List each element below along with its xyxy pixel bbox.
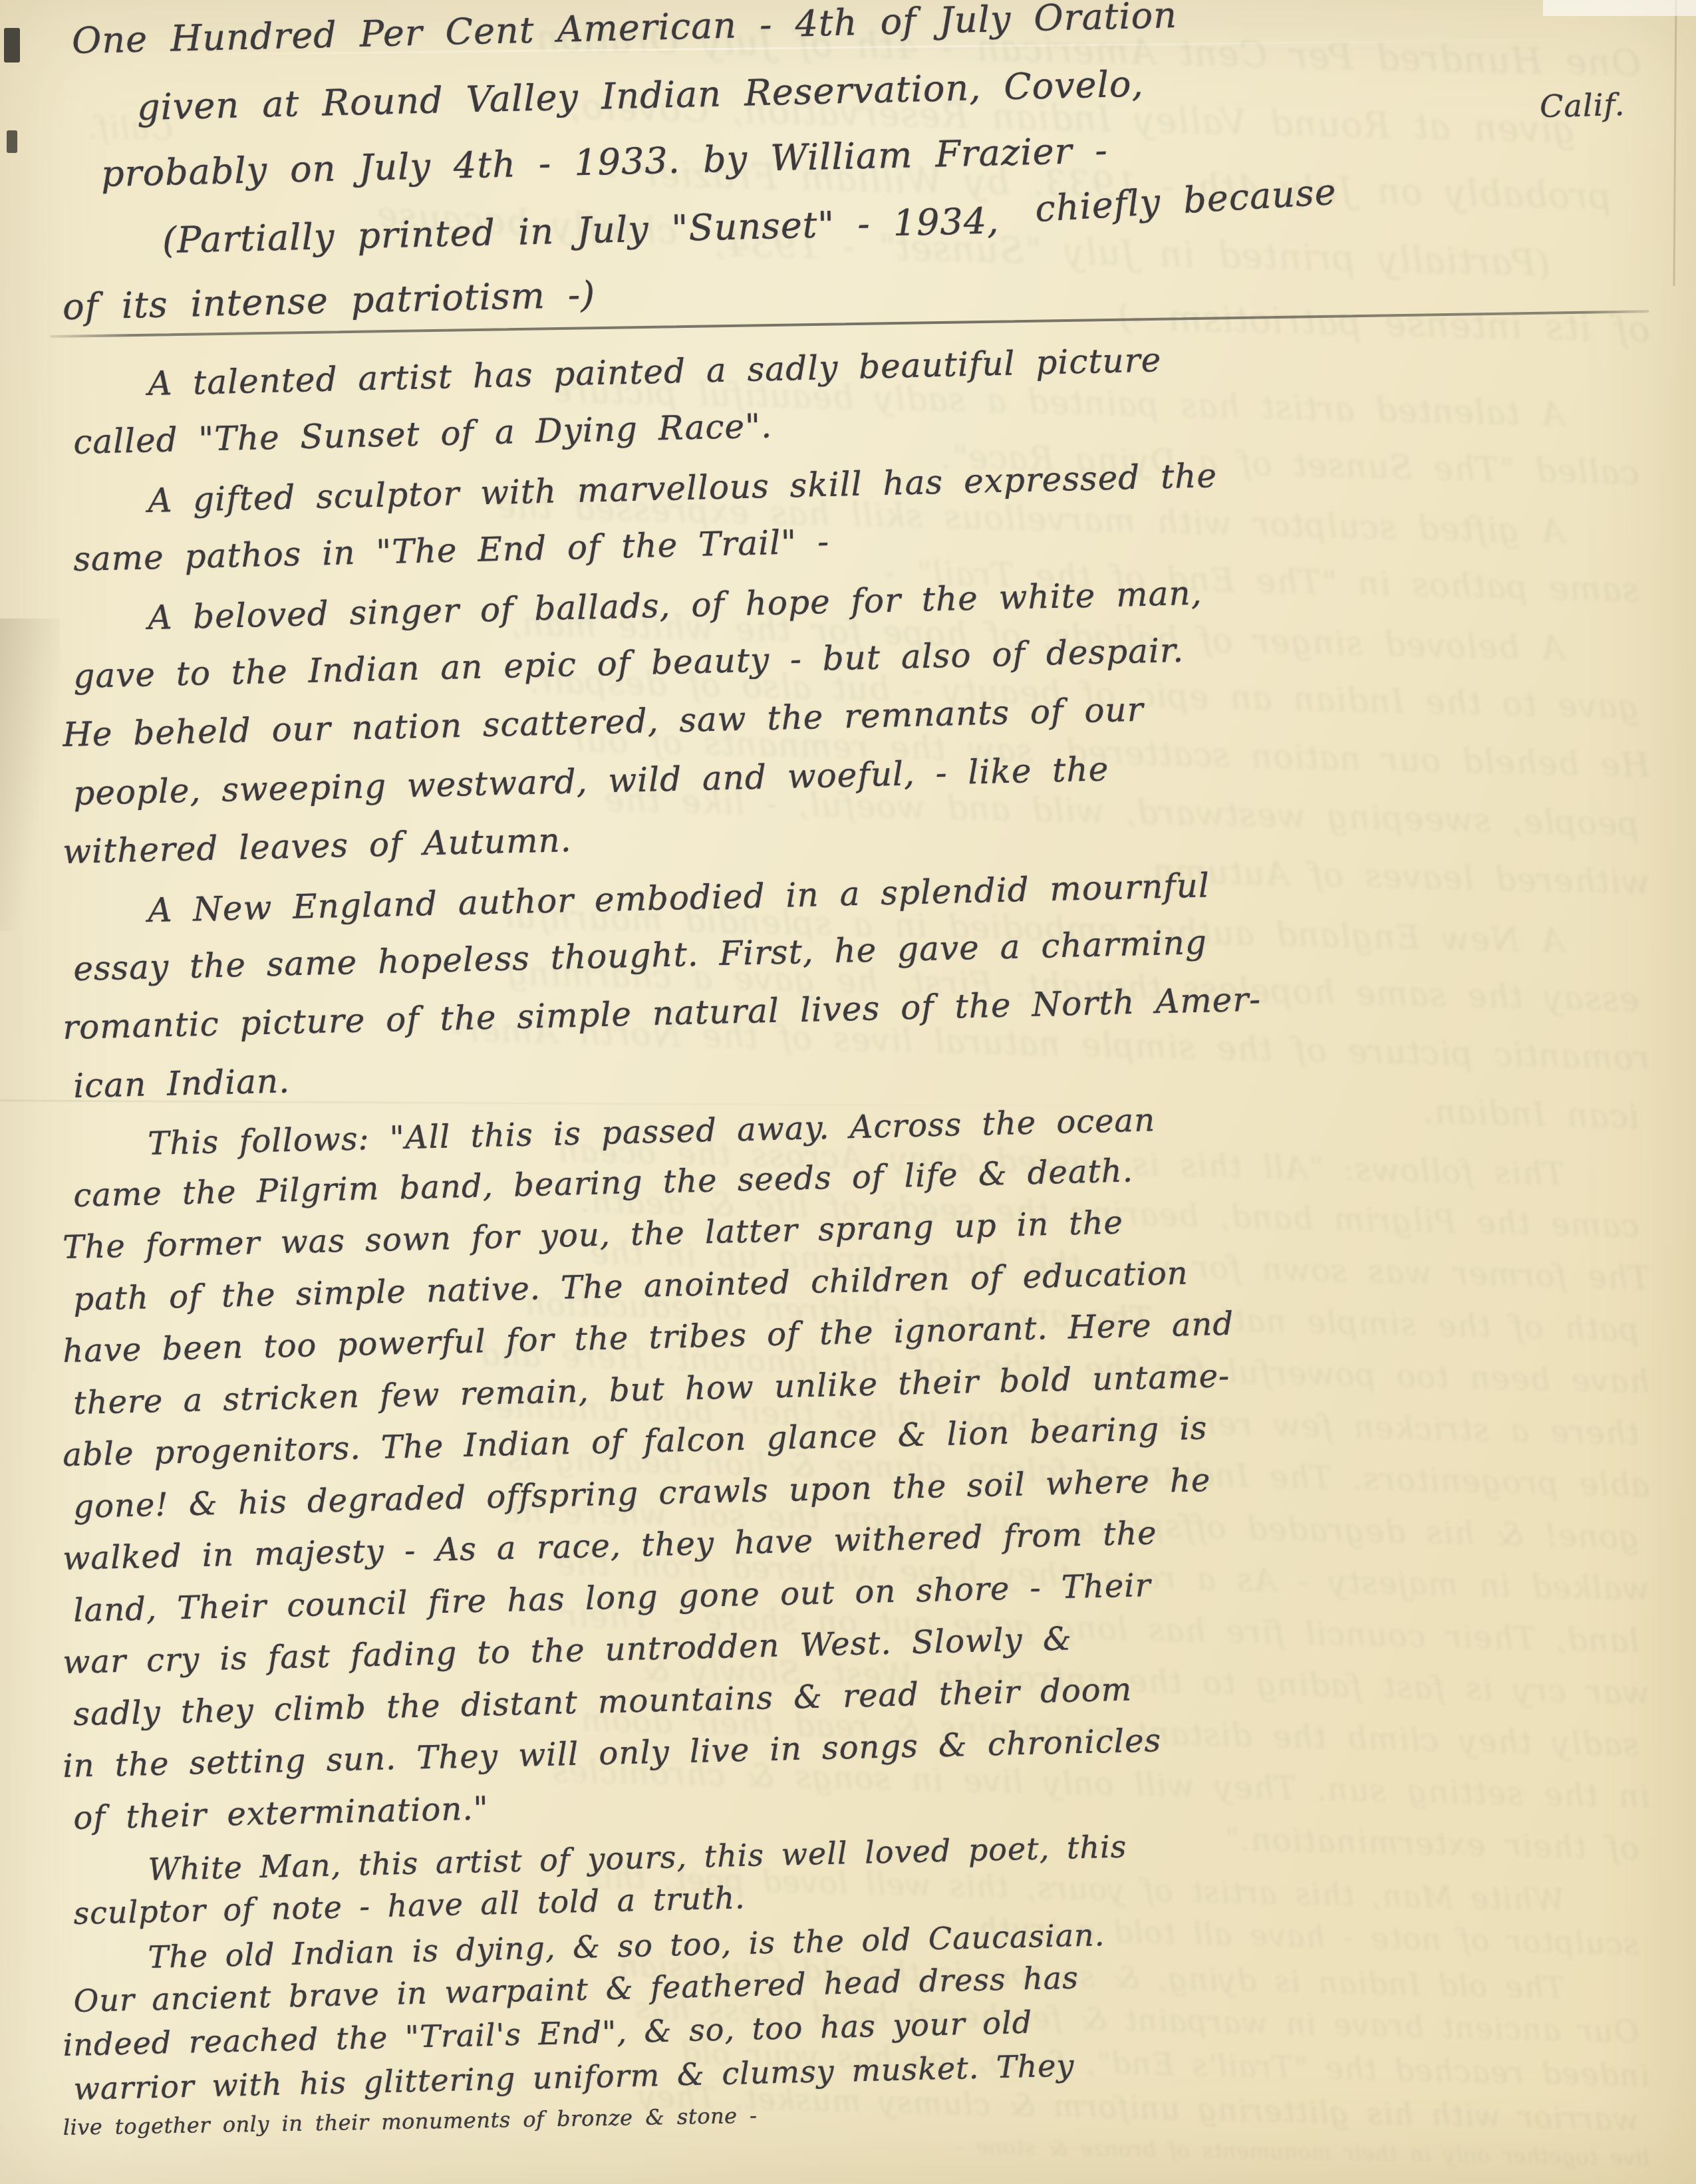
paper-edge	[1673, 0, 1677, 286]
paragraph: A beloved singer of ballads, of hope for…	[63, 599, 1649, 891]
calif-annotation: Calif.	[1540, 86, 1625, 124]
paragraph: A New England author embodied in a splen…	[63, 891, 1649, 1125]
document-body: A talented artist has painted a sadly be…	[63, 364, 1649, 2115]
manuscript-page: One Hundred Per Cent American - 4th of J…	[0, 0, 1696, 2184]
paragraph: The old Indian is dying, & so too, is th…	[63, 1939, 1649, 2115]
paper-speck	[7, 130, 17, 153]
paragraph: This follows: "All this is passed away. …	[63, 1125, 1649, 1851]
document-header: One Hundred Per Cent American - 4th of J…	[63, 20, 1649, 338]
page-content: One Hundred Per Cent American - 4th of J…	[63, 20, 1649, 2145]
paper-speck	[4, 28, 20, 63]
scan-edge-sliver	[1543, 0, 1696, 16]
paper-crease	[0, 618, 60, 931]
